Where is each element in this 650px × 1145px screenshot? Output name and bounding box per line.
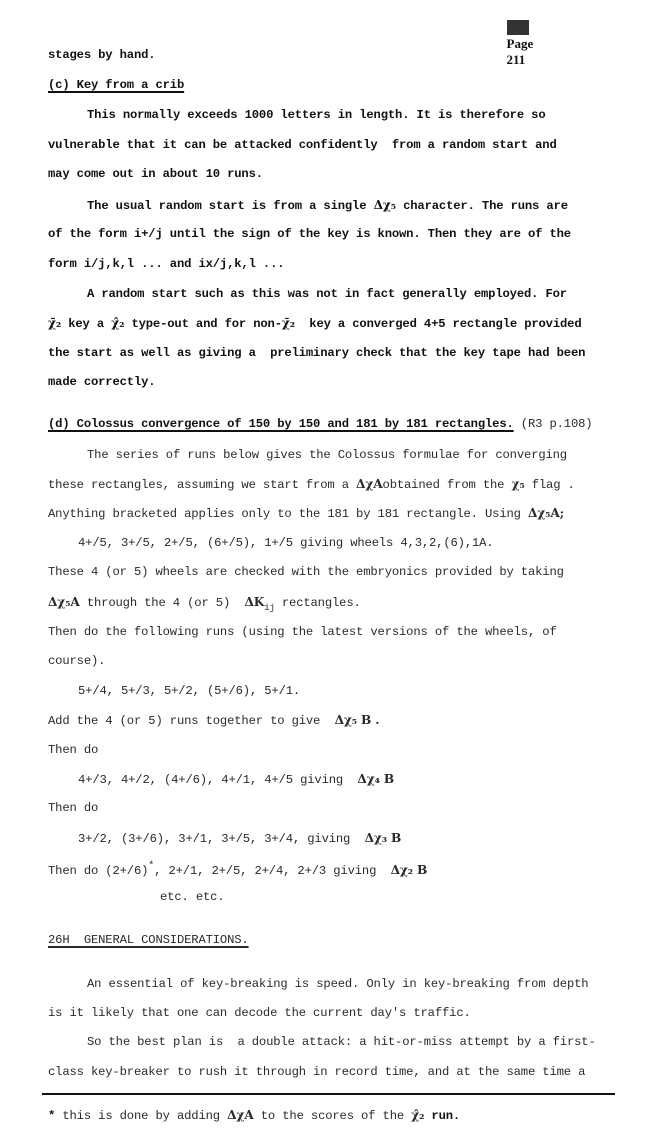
delta-k-symbol: ΔK (244, 595, 264, 609)
page-label: Page (507, 36, 534, 51)
chi-bar-symbol: χ̄₂ (282, 316, 295, 330)
footnote: * this is done by adding ΔχA to the scor… (48, 1107, 460, 1124)
text-run: key a converged 4+5 rectangle provided (295, 317, 582, 331)
text-run: rectangles. (275, 596, 361, 610)
text-line: Then do the following runs (using the la… (48, 624, 557, 640)
text-line: vulnerable that it can be attacked confi… (48, 137, 557, 153)
text-line: Then do (48, 800, 98, 816)
text-line: may come out in about 10 runs. (48, 166, 263, 182)
text-line: Anything bracketed applies only to the 1… (48, 505, 564, 522)
delta-chi-symbol: Δχ₅ B . (335, 713, 380, 727)
text-line: These 4 (or 5) wheels are checked with t… (48, 564, 564, 580)
text-run: 3+/2, (3+/6), 3+/1, 3+/5, 3+/4, giving (78, 832, 365, 846)
delta-chi-symbol: Δχ₂ B (391, 863, 428, 877)
delta-chi-symbol: Δχ₅ (374, 198, 396, 212)
delta-chi-symbol: ΔχA (227, 1108, 253, 1122)
text-run: these rectangles, assuming we start from… (48, 478, 356, 492)
text-line: The series of runs below gives the Colos… (87, 447, 567, 463)
text-run: character. The runs are (396, 199, 568, 213)
formula-line: 3+/2, (3+/6), 3+/1, 3+/5, 3+/4, giving Δ… (78, 830, 401, 847)
chi-bar-symbol: χ̄₂ (48, 316, 61, 330)
footnote-divider (42, 1093, 615, 1095)
text-run: , 2+/1, 2+/5, 2+/4, 2+/3 giving (154, 864, 390, 878)
formula-line: Then do (2+/6)*, 2+/1, 2+/5, 2+/4, 2+/3 … (48, 859, 427, 879)
text-line: Add the 4 (or 5) runs together to give Δ… (48, 712, 379, 729)
text-line: stages by hand. (48, 47, 155, 63)
text-line: Then do (48, 742, 98, 758)
delta-chi-symbol: ΔχA (356, 477, 382, 491)
text-line: of the form i+/j until the sign of the k… (48, 226, 571, 242)
section-heading-26h: 26H GENERAL CONSIDERATIONS. (48, 932, 249, 948)
section-heading-c: (c) Key from a crib (48, 77, 184, 93)
chi-symbol: χ₅ (511, 477, 524, 491)
chi-hat-symbol: χ̂₂ (411, 1108, 424, 1122)
text-line: An essential of key-breaking is speed. O… (87, 976, 588, 992)
text-run: The usual random start is from a single (87, 199, 374, 213)
chi-hat-symbol: χ̂₂ (111, 316, 124, 330)
text-run: key a (61, 317, 111, 331)
text-run: Anything bracketed applies only to the 1… (48, 507, 528, 521)
formula-line: 4+/5, 3+/5, 2+/5, (6+/5), 1+/5 giving wh… (78, 535, 494, 551)
delta-chi-symbol: Δχ₅A; (528, 506, 564, 520)
text-line: class key-breaker to rush it through in … (48, 1064, 585, 1080)
formula-line: 4+/3, 4+/2, (4+/6), 4+/1, 4+/5 giving Δχ… (78, 771, 394, 788)
text-line: etc. etc. (160, 889, 224, 905)
page-header: 26B Page 211 (500, 4, 533, 68)
delta-chi-symbol: Δχ₃ B (365, 831, 402, 845)
page-number: 211 (507, 52, 526, 67)
text-line: So the best plan is a double attack: a h… (87, 1034, 596, 1050)
text-run: 4+/3, 4+/2, (4+/6), 4+/1, 4+/5 giving (78, 773, 357, 787)
text-run: flag . (525, 478, 575, 492)
text-run: through the 4 (or 5) (80, 596, 245, 610)
delta-chi-symbol: Δχ₄ B (357, 772, 394, 786)
delta-chi-symbol: Δχ₅A (48, 595, 80, 609)
reference-note: (R3 p.108) (514, 417, 593, 431)
text-run: obtained from the (383, 478, 512, 492)
text-line: made correctly. (48, 374, 155, 390)
heading-text: (d) Colossus convergence of 150 by 150 a… (48, 417, 514, 431)
text-line: the start as well as giving a preliminar… (48, 345, 585, 361)
text-line: Δχ₅A through the 4 (or 5) ΔKij rectangle… (48, 594, 361, 616)
text-run: this is done by adding (55, 1109, 227, 1123)
text-line: This normally exceeds 1000 letters in le… (87, 107, 545, 123)
formula-line: 5+/4, 5+/3, 5+/2, (5+/6), 5+/1. (78, 683, 300, 699)
text-run: type-out and for non- (124, 317, 282, 331)
text-line: χ̄₂ key a χ̂₂ type-out and for non-χ̄₂ k… (48, 315, 582, 332)
text-line: these rectangles, assuming we start from… (48, 476, 575, 493)
text-line: course). (48, 653, 105, 669)
text-line: A random start such as this was not in f… (87, 286, 567, 302)
text-run: Then do (2+/6) (48, 864, 148, 878)
section-heading-d: (d) Colossus convergence of 150 by 150 a… (48, 416, 592, 432)
struck-page-number: 26B (507, 20, 530, 35)
text-line: is it likely that one can decode the cur… (48, 1005, 471, 1021)
text-run: Add the 4 (or 5) runs together to give (48, 714, 335, 728)
text-line: The usual random start is from a single … (87, 197, 568, 214)
text-run: to the scores of the (254, 1109, 412, 1123)
text-line: form i/j,k,l ... and ix/j,k,l ... (48, 256, 284, 272)
subscript: ij (264, 603, 275, 613)
text-run: run. (424, 1109, 460, 1123)
